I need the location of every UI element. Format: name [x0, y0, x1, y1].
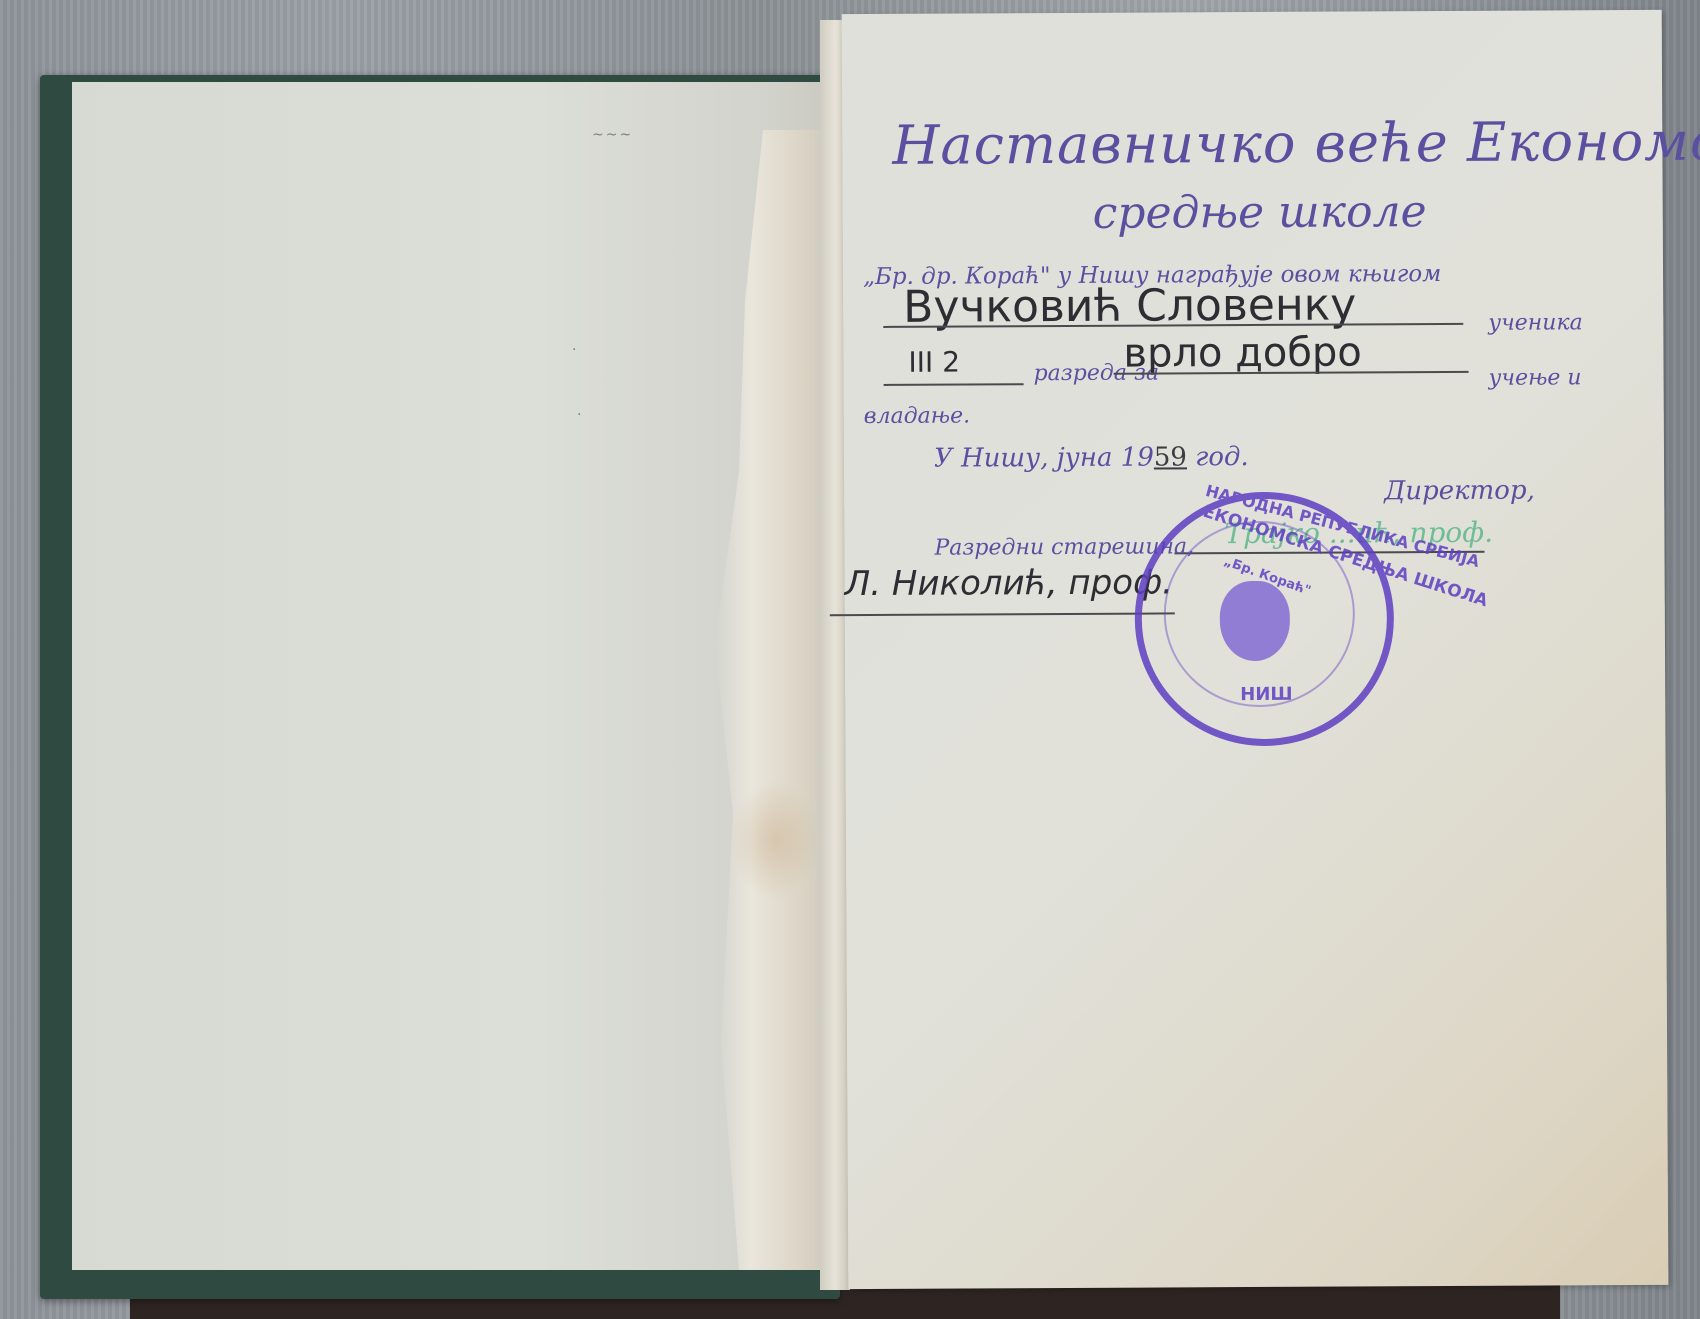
year: 59 — [1154, 442, 1187, 472]
pencil-mark: · — [572, 342, 578, 358]
conduct-line: владање. — [864, 403, 970, 429]
stamp-city: НИШ — [1240, 684, 1292, 705]
grade-value: врло добро — [1123, 329, 1362, 376]
water-stain — [730, 780, 820, 900]
year-abbrev: год. — [1195, 442, 1249, 472]
rule — [884, 383, 1024, 386]
place-date-prefix: У Нишу, јуна 19 — [934, 443, 1154, 474]
header-line-2: средње школе — [1093, 186, 1427, 239]
coat-of-arms-icon — [1220, 581, 1290, 661]
grade-class: III 2 — [908, 346, 960, 379]
place-date: У Нишу, јуна 1959 год. — [934, 442, 1249, 474]
pencil-mark: · — [577, 407, 583, 423]
school-stamp: НАРОДНА РЕПУБЛИКА СРБИЈА ЕКОНОМСКА СРЕДЊ… — [1134, 491, 1394, 746]
class-teacher-signature: Л. Николић, проф. — [845, 562, 1173, 604]
pencil-mark: ~~~ — [592, 127, 633, 143]
header-line-1: Наставничко веће Економске — [892, 109, 1700, 177]
right-flyleaf: Наставничко веће Економске средње школе … — [842, 10, 1669, 1289]
grade-suffix: учење и — [1489, 365, 1582, 390]
director-label: Директор, — [1384, 476, 1535, 507]
student-label: ученика — [1488, 310, 1583, 335]
rule — [830, 612, 1175, 616]
